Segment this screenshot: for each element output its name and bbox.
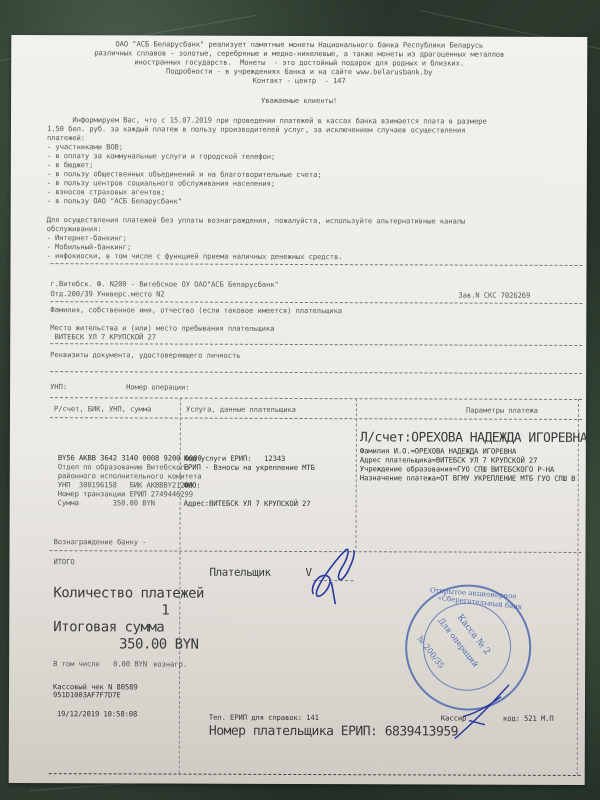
recipient-line: Отдел по образованию Витебского (58, 462, 189, 471)
unp-label: УНП: (50, 382, 67, 391)
notice-greeting: Уважаемые клиенты! (11, 95, 587, 106)
fee-label: Вознаграждение банку - (54, 537, 147, 546)
alt-channel-item: - Мобильный-банкинг; (47, 242, 132, 251)
incl-suffix: вознагр. (153, 659, 187, 668)
payer-name-label: Фамилия, собственное имя, отчество (если… (50, 305, 342, 315)
divider (51, 263, 583, 266)
divider (50, 343, 582, 346)
divider (50, 371, 582, 374)
sum-value: 350.00 BYN (119, 636, 198, 652)
alt-intro-line: Для осуществления платежей без уплаты во… (47, 215, 466, 225)
op-number-label: Номер операции: (126, 382, 189, 391)
itogo-label: ИТОГО (53, 557, 74, 566)
column-divider (356, 398, 358, 548)
service-details: Код услуги ЕРИП: 12343 ЕРИП - Взносы на … (11, 35, 587, 37)
amount: Сумма 350.00 BYN (58, 498, 155, 507)
unp-bik: УНП 300196158 БИК AKBBBY21200 (58, 480, 193, 489)
notice-line: 1.50 бел. руб. за каждый платеж в пользу… (47, 124, 466, 134)
col-header-params: Параметры платежа (466, 406, 538, 415)
payment-params: Л/счет:ОРЕХОВА НАДЕЖДА ИГОРЕВНА Фамилия … (11, 35, 587, 37)
ad-block: ОАО "АСБ Беларусбанк" реализует памятные… (11, 35, 587, 37)
alt-channel-item: - инфокиоски, в том числе с функцией при… (47, 251, 343, 261)
col-header-service: Услуга, данные плательщика (186, 405, 296, 414)
exception-item: - взносов страховых агентов; (47, 187, 165, 196)
receipt-hash: 951D1003AF7F7D7E (53, 690, 121, 699)
count-label: Количество платежей (53, 585, 204, 602)
divider (50, 301, 582, 304)
count-value: 1 (161, 603, 169, 619)
alt-channels: Для осуществления платежей без уплаты во… (11, 35, 587, 37)
exceptions-list: - участниками ВОВ; - в оплату за коммуна… (11, 35, 587, 37)
notice-line: платежей: (47, 133, 85, 142)
sum-label: Итоговая сумма (53, 619, 164, 635)
recipient-line: районного исполнительного комитета (58, 471, 202, 481)
exception-item: - в пользу ОАО "АСБ Беларусбанк" (47, 196, 182, 205)
col-header-account: Р/счет, БИК, УНП, сумма (54, 404, 151, 413)
account-details: BY56 AKBB 3642 3140 0008 9200 0000 Отдел… (11, 35, 587, 37)
exception-item: - в бюджет; (47, 160, 94, 169)
payment-receipt: ОАО "АСБ Беларусбанк" реализует памятные… (9, 35, 588, 785)
exception-item: - участниками ВОВ; (47, 142, 123, 151)
branch-line1: г.Витебск. Ф. N200 - Витебское ОУ ОАО"АС… (50, 279, 278, 289)
alt-intro-line: обслуживания: (47, 224, 102, 233)
table-top-border (50, 397, 582, 400)
ad-line: Контакт - центр - 147 (11, 75, 587, 86)
fio-label: ФИО: (184, 481, 201, 490)
table-header-border (50, 417, 582, 420)
cashier-signature (449, 677, 519, 747)
alt-channel-item: - Интернет-банкинг; (47, 233, 127, 242)
transaction-number: Номер транзакции ЕРИП 2749446299 (58, 489, 193, 498)
incl-value: 0.00 BYN (113, 659, 147, 668)
service-address: Адрес:ВИТЕБСК УЛ 7 КРУПСКОЙ 27 (184, 499, 311, 508)
payer-erip-number: Номер плательщика ЕРИП: 6839413959 (209, 724, 458, 740)
serial-number: Зав.N СКС 7026269 (458, 291, 530, 300)
service-code: Код услуги ЕРИП: 12343 (184, 454, 285, 463)
erip-phone: Тел. ЕРИП для справок: 141 (209, 713, 319, 722)
receipt-datetime: 19/12/2019 10:58:08 (57, 709, 137, 718)
personal-account: Л/счет:ОРЕХОВА НАДЕЖДА ИГОРЕВНА (360, 430, 587, 446)
payer-signature-label: Плательщик (209, 566, 270, 579)
payer-address-value: ВИТЕБСК УЛ 7 КРУПСКОЙ 27 (50, 332, 156, 341)
bottom-divider (49, 773, 581, 776)
service-name: ЕРИП - Взносы на укрепление МТБ (184, 463, 315, 472)
notice-paragraph: Информируем Вас, что с 15.07.2019 при пр… (11, 35, 587, 37)
column-divider (577, 399, 579, 775)
incl-label: В том числе (53, 659, 100, 668)
branch-line2: Отд.200/39 Универс.место N2 (50, 289, 164, 298)
payer-signature (305, 542, 365, 612)
id-doc-label: Реквизиты документа, удостоверяющего лич… (50, 350, 240, 360)
param-line: Назначение платежа=ОТ ВГМУ УКРЕПЛЕНИЕ МТ… (360, 473, 576, 483)
iban: BY56 AKBB 3642 3140 0008 9200 0000 (58, 453, 202, 463)
